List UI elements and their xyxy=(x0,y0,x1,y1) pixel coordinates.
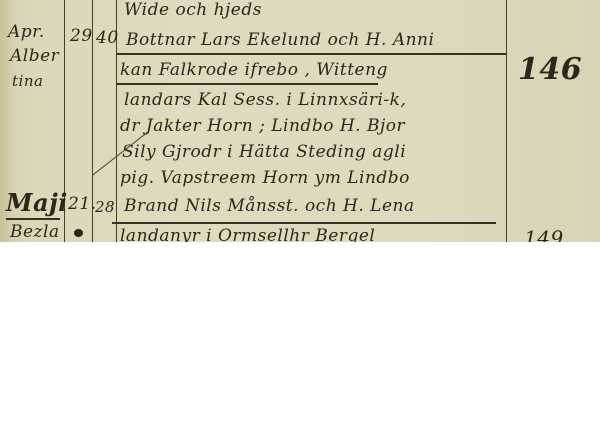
column-rule-number xyxy=(506,0,507,242)
entry-line: dr Jakter Horn ; Lindbo H. Bjor xyxy=(120,116,405,136)
entry-line: kan Falkrode ifrebo , Witteng xyxy=(120,60,388,80)
entry-line: Bottnar Lars Ekelund och H. Anni xyxy=(126,30,434,50)
day-baptized-2: 28 xyxy=(95,198,115,216)
entry-line: Sily Gjrodr i Hätta Steding agli xyxy=(122,142,406,162)
entry-rule xyxy=(116,83,378,85)
entry-number-1: 146 xyxy=(518,52,582,87)
day-born-2: 21. xyxy=(68,194,97,214)
entry-line: landars Kal Sess. i Linnxsäri-k, xyxy=(124,90,406,110)
month-maji: Maji xyxy=(6,188,68,217)
entry-line: Brand Nils Månsst. och H. Lena xyxy=(124,196,415,216)
entry-line: pig. Vapstreem Horn ym Lindbo xyxy=(120,168,410,188)
underline-maji xyxy=(6,218,60,220)
ink-blot xyxy=(74,229,83,237)
name-tina: tina xyxy=(12,72,43,90)
name-bezla: Bezla xyxy=(10,222,60,242)
entry-number-2: 149 xyxy=(524,226,564,242)
entry-rule xyxy=(116,53,506,55)
entry-line: landanyr i Ormsellhr Bergel xyxy=(120,226,375,242)
blank-area xyxy=(0,242,600,436)
register-page: Apr. Alber tina Maji Bezla 29 21. 40 28 … xyxy=(0,0,600,242)
day-born-1: 29 xyxy=(70,26,93,46)
entry-rule xyxy=(112,222,496,224)
month-apr: Apr. xyxy=(8,22,45,42)
day-baptized-1: 40 xyxy=(96,28,119,48)
name-alber: Alber xyxy=(10,46,59,66)
entry-line: Wide och hjeds xyxy=(124,0,262,20)
